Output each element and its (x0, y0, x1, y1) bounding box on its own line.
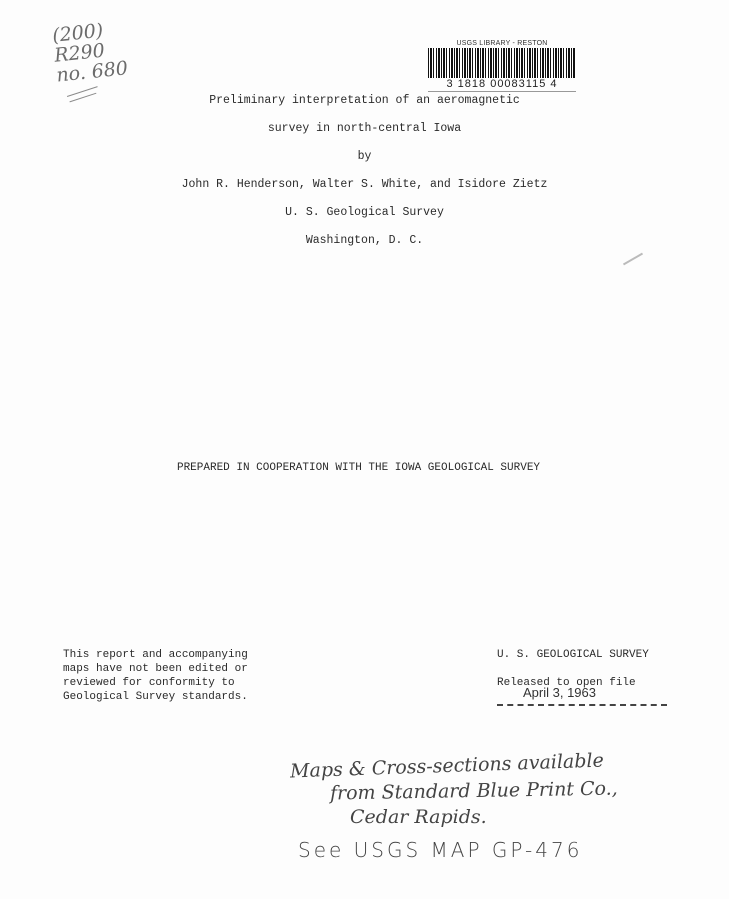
agency: U. S. Geological Survey (0, 206, 729, 219)
authors: John R. Henderson, Walter S. White, and … (0, 178, 729, 191)
handwritten-map-reference: See USGS MAP GP-476 (298, 838, 582, 862)
handwritten-note-line: Cedar Rapids. (350, 806, 487, 828)
release-date: April 3, 1963 (523, 686, 596, 700)
byline: by (0, 150, 729, 163)
city: Washington, D. C. (0, 234, 729, 247)
disclaimer-line: Geological Survey standards. (63, 690, 248, 704)
handwritten-call-number: (200) R290 no. 680 (51, 18, 130, 100)
release-date-line: April 3, 1963 (497, 688, 667, 706)
disclaimer-line: This report and accompanying (63, 648, 248, 662)
release-stamp: U. S. GEOLOGICAL SURVEY Released to open… (497, 648, 667, 706)
library-barcode-sticker: USGS LIBRARY - RESTON 3 1818 00083115 4 (428, 40, 576, 92)
disclaimer-line: maps have not been edited or (63, 662, 248, 676)
cooperation-statement: PREPARED IN COOPERATION WITH THE IOWA GE… (0, 462, 723, 474)
handwritten-note-line: Maps & Cross-sections available (290, 750, 604, 783)
disclaimer: This report and accompanying maps have n… (63, 648, 248, 704)
title-line-1: Preliminary interpretation of an aeromag… (0, 94, 729, 107)
title-line-2: survey in north-central Iowa (0, 122, 729, 135)
barcode-label: USGS LIBRARY - RESTON (428, 40, 576, 47)
document-page: (200) R290 no. 680 USGS LIBRARY - RESTON… (0, 0, 729, 899)
pencil-mark (623, 253, 643, 266)
handwritten-note-line: from Standard Blue Print Co., (330, 777, 618, 804)
release-organization: U. S. GEOLOGICAL SURVEY (497, 648, 667, 662)
barcode-icon (428, 48, 576, 78)
barcode-number: 3 1818 00083115 4 (428, 78, 576, 92)
disclaimer-line: reviewed for conformity to (63, 676, 248, 690)
